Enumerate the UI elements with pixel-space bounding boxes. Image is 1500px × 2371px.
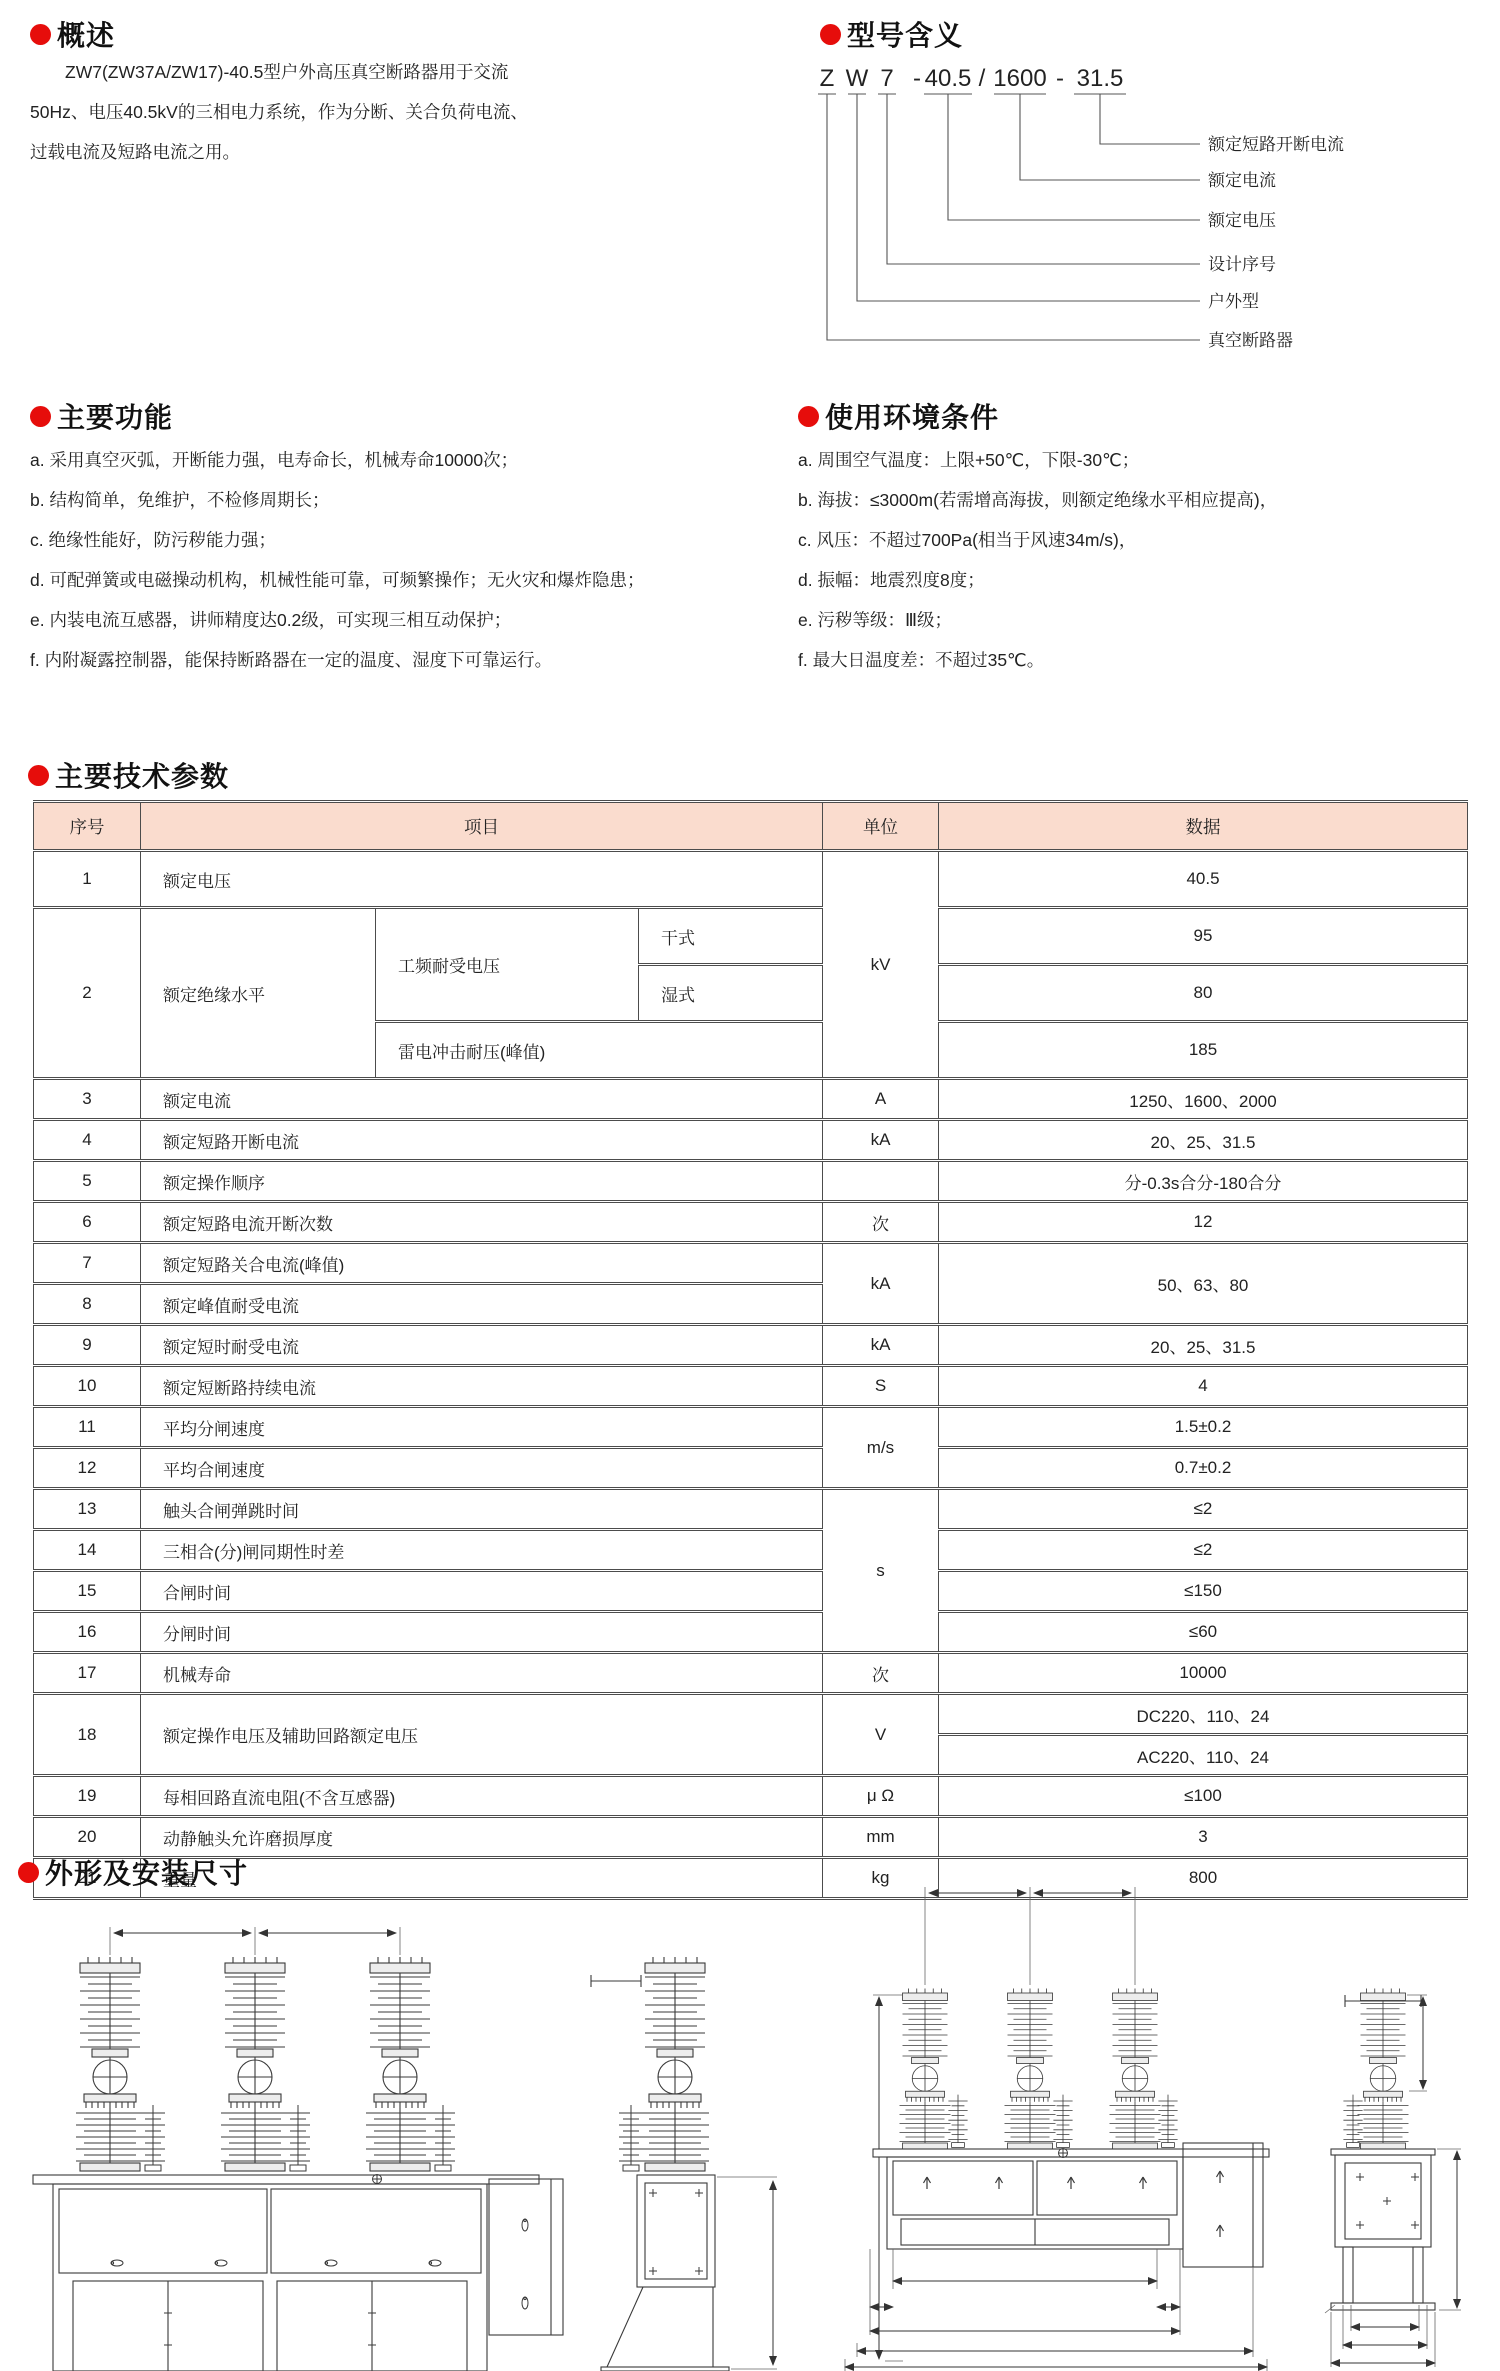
param-item: 额定短路关合电流(峰值) <box>141 1243 823 1284</box>
overview-heading: 概述 <box>30 14 115 54</box>
table-row: 4 额定短路开断电流 kA 20、25、31.5 <box>34 1120 1468 1161</box>
model-token: 31.5 <box>1077 65 1124 92</box>
param-no: 17 <box>34 1653 141 1694</box>
list-item: a. 采用真空灭弧，开断能力强，电寿命长，机械寿命10000次； <box>30 440 788 480</box>
param-unit: kA <box>823 1120 939 1161</box>
outline-drawing-right <box>815 1843 1500 2371</box>
outline-heading: 外形及安装尺寸 <box>18 1852 248 1892</box>
section-bullet-icon <box>798 406 819 427</box>
list-item: f. 内附凝露控制器，能保持断路器在一定的温度、湿度下可靠运行。 <box>30 640 788 680</box>
param-unit: kA <box>823 1243 939 1325</box>
param-item: 额定短断路持续电流 <box>141 1366 823 1407</box>
section-bullet-icon <box>820 24 841 45</box>
param-value: 80 <box>939 965 1468 1022</box>
parameters-title: 主要技术参数 <box>55 755 229 795</box>
table-row: 11 平均分闸速度 m/s 1.5±0.2 <box>34 1407 1468 1448</box>
param-item: 合闸时间 <box>141 1571 823 1612</box>
param-value: 分-0.3s合分-180合分 <box>939 1161 1468 1202</box>
list-item: c. 绝缘性能好，防污秽能力强； <box>30 520 788 560</box>
col-header-no: 序号 <box>34 802 141 851</box>
param-subitem: 工频耐受电压 <box>376 908 639 1022</box>
param-no: 1 <box>34 851 141 908</box>
breaker-pole <box>1005 1989 1056 2150</box>
model-heading: 型号含义 <box>820 14 963 54</box>
param-value: 0.7±0.2 <box>939 1448 1468 1489</box>
model-label: 额定短路开断电流 <box>1208 135 1344 154</box>
functions-title: 主要功能 <box>57 396 173 436</box>
param-no: 4 <box>34 1120 141 1161</box>
model-label: 真空断路器 <box>1208 331 1293 350</box>
table-row: 19 每相回路直流电阻(不含互感器) μ Ω ≤100 <box>34 1776 1468 1817</box>
param-value: ≤60 <box>939 1612 1468 1653</box>
overview-body: ZW7(ZW37A/ZW17)-40.5型户外高压真空断路器用于交流50Hz、电… <box>30 52 528 172</box>
param-unit: 次 <box>823 1202 939 1243</box>
param-item: 平均分闸速度 <box>141 1407 823 1448</box>
breaker-side-view <box>591 1957 729 2371</box>
table-row: 13 触头合闸弹跳时间 s ≤2 <box>34 1489 1468 1530</box>
mechanism-cabinet <box>33 2175 563 2371</box>
param-unit: μ Ω <box>823 1776 939 1817</box>
param-item: 触头合闸弹跳时间 <box>141 1489 823 1530</box>
model-token: - <box>913 65 921 92</box>
environment-list: a. 周围空气温度：上限+50℃，下限-30℃； b. 海拔：≤3000m(若需… <box>798 440 1498 680</box>
breaker-side-view <box>1331 1989 1435 2311</box>
table-row: 6 额定短路电流开断次数 次 12 <box>34 1202 1468 1243</box>
param-item: 机械寿命 <box>141 1653 823 1694</box>
list-item: b. 海拔：≤3000m(若需增高海拔，则额定绝缘水平相应提高)， <box>798 480 1498 520</box>
support-insulator <box>948 2095 1177 2148</box>
param-value: AC220、110、24 <box>939 1735 1468 1776</box>
param-unit: kA <box>823 1325 939 1366</box>
param-subitem: 雷电冲击耐压(峰值) <box>376 1022 823 1079</box>
table-row: 10 额定短断路持续电流 S 4 <box>34 1366 1468 1407</box>
breaker-pole <box>900 1989 951 2150</box>
section-bullet-icon <box>30 24 51 45</box>
functions-list: a. 采用真空灭弧，开断能力强，电寿命长，机械寿命10000次； b. 结构简单… <box>30 440 788 680</box>
param-item: 额定短时耐受电流 <box>141 1325 823 1366</box>
model-label: 额定电流 <box>1208 171 1276 190</box>
model-token: W <box>846 65 869 92</box>
param-item: 额定峰值耐受电流 <box>141 1284 823 1325</box>
param-no: 12 <box>34 1448 141 1489</box>
list-item: a. 周围空气温度：上限+50℃，下限-30℃； <box>798 440 1498 480</box>
breaker-pole <box>1110 1989 1161 2150</box>
param-unit: m/s <box>823 1407 939 1489</box>
param-unit: s <box>823 1489 939 1653</box>
table-row: 7 额定短路关合电流(峰值) kA 50、63、80 <box>34 1243 1468 1284</box>
param-no: 10 <box>34 1366 141 1407</box>
model-connector-lines <box>818 94 1200 340</box>
param-item: 额定电压 <box>141 851 823 908</box>
param-item: 额定短路电流开断次数 <box>141 1202 823 1243</box>
param-item: 三相合(分)闸同期性时差 <box>141 1530 823 1571</box>
environment-title: 使用环境条件 <box>825 396 999 436</box>
param-no: 6 <box>34 1202 141 1243</box>
breaker-pole <box>366 1957 434 2171</box>
param-value: 12 <box>939 1202 1468 1243</box>
param-value: ≤2 <box>939 1489 1468 1530</box>
parameters-heading: 主要技术参数 <box>28 755 229 795</box>
param-no: 19 <box>34 1776 141 1817</box>
param-no: 9 <box>34 1325 141 1366</box>
datasheet-page: 概述 ZW7(ZW37A/ZW17)-40.5型户外高压真空断路器用于交流50H… <box>0 0 1500 2371</box>
functions-heading: 主要功能 <box>30 396 173 436</box>
param-unit: 次 <box>823 1653 939 1694</box>
model-designation-diagram: Z W 7 - 40.5 / 1600 - 31.5 额定短路开断电流 额定电流… <box>810 52 1500 367</box>
table-row: 15 合闸时间 ≤150 <box>34 1571 1468 1612</box>
param-value: 20、25、31.5 <box>939 1120 1468 1161</box>
table-row: 5 额定操作顺序 分-0.3s合分-180合分 <box>34 1161 1468 1202</box>
table-row: 18 额定操作电压及辅助回路额定电压 V DC220、110、24 <box>34 1694 1468 1735</box>
table-row: 12 平均合闸速度 0.7±0.2 <box>34 1448 1468 1489</box>
param-value: 1250、1600、2000 <box>939 1079 1468 1120</box>
breaker-pole <box>76 1957 144 2171</box>
model-label: 设计序号 <box>1208 255 1276 274</box>
section-bullet-icon <box>28 765 49 786</box>
table-row: 2 额定绝缘水平 工频耐受电压 干式 95 <box>34 908 1468 965</box>
col-header-item: 项目 <box>141 802 823 851</box>
param-item: 额定绝缘水平 <box>141 908 376 1079</box>
model-token: / <box>979 65 986 92</box>
model-token: 1600 <box>993 65 1046 92</box>
param-unit: kV <box>823 851 939 1079</box>
param-value: 10000 <box>939 1653 1468 1694</box>
param-unit: A <box>823 1079 939 1120</box>
param-value: ≤2 <box>939 1530 1468 1571</box>
breaker-pole <box>221 1957 289 2171</box>
param-item: 额定短路开断电流 <box>141 1120 823 1161</box>
param-value: 50、63、80 <box>939 1243 1468 1325</box>
overview-title: 概述 <box>57 14 115 54</box>
model-token: 40.5 <box>925 65 972 92</box>
param-no: 18 <box>34 1694 141 1776</box>
param-value: 4 <box>939 1366 1468 1407</box>
param-no: 14 <box>34 1530 141 1571</box>
param-item: 平均合闸速度 <box>141 1448 823 1489</box>
table-row: 16 分闸时间 ≤60 <box>34 1612 1468 1653</box>
param-item: 每相回路直流电阻(不含互感器) <box>141 1776 823 1817</box>
param-no: 11 <box>34 1407 141 1448</box>
outline-drawing-left <box>25 1893 790 2371</box>
list-item: b. 结构简单，免维护，不检修周期长； <box>30 480 788 520</box>
table-row: 1 额定电压 kV 40.5 <box>34 851 1468 908</box>
table-row: 9 额定短时耐受电流 kA 20、25、31.5 <box>34 1325 1468 1366</box>
table-row: 17 机械寿命 次 10000 <box>34 1653 1468 1694</box>
param-no: 5 <box>34 1161 141 1202</box>
list-item: d. 可配弹簧或电磁操动机构，机械性能可靠，可频繁操作；无火灾和爆炸隐患； <box>30 560 788 600</box>
model-token: - <box>1056 65 1064 92</box>
param-value: 95 <box>939 908 1468 965</box>
param-no: 15 <box>34 1571 141 1612</box>
col-header-unit: 单位 <box>823 802 939 851</box>
param-type: 干式 <box>639 908 823 965</box>
param-value: ≤100 <box>939 1776 1468 1817</box>
param-value: 1.5±0.2 <box>939 1407 1468 1448</box>
list-item: e. 污秽等级：Ⅲ级； <box>798 600 1498 640</box>
param-no: 3 <box>34 1079 141 1120</box>
list-item: f. 最大日温度差：不超过35℃。 <box>798 640 1498 680</box>
param-value: 40.5 <box>939 851 1468 908</box>
model-tokens: Z W 7 - 40.5 / 1600 - 31.5 <box>820 65 1124 92</box>
parameters-table: 序号 项目 单位 数据 1 额定电压 kV 40.5 2 额定绝缘水平 工频耐受… <box>33 800 1468 1900</box>
list-item: d. 振幅：地震烈度8度； <box>798 560 1498 600</box>
model-labels: 额定短路开断电流 额定电流 额定电压 设计序号 户外型 真空断路器 <box>1208 135 1344 350</box>
col-header-data: 数据 <box>939 802 1468 851</box>
param-item: 额定操作电压及辅助回路额定电压 <box>141 1694 823 1776</box>
table-row: 3 额定电流 A 1250、1600、2000 <box>34 1079 1468 1120</box>
param-no: 2 <box>34 908 141 1079</box>
param-unit <box>823 1161 939 1202</box>
param-no: 8 <box>34 1284 141 1325</box>
overview-section: 概述 <box>30 14 115 54</box>
param-item: 额定操作顺序 <box>141 1161 823 1202</box>
param-value: DC220、110、24 <box>939 1694 1468 1735</box>
param-no: 7 <box>34 1243 141 1284</box>
list-item: e. 内装电流互感器，讲师精度达0.2级，可实现三相互动保护； <box>30 600 788 640</box>
table-header-row: 序号 项目 单位 数据 <box>34 802 1468 851</box>
param-type: 湿式 <box>639 965 823 1022</box>
model-token: Z <box>820 65 835 92</box>
model-label: 户外型 <box>1208 292 1259 311</box>
param-value: 20、25、31.5 <box>939 1325 1468 1366</box>
list-item: c. 风压：不超过700Pa(相当于风速34m/s)， <box>798 520 1498 560</box>
outline-title: 外形及安装尺寸 <box>45 1852 248 1892</box>
param-unit: S <box>823 1366 939 1407</box>
section-bullet-icon <box>30 406 51 427</box>
param-value: ≤150 <box>939 1571 1468 1612</box>
param-no: 16 <box>34 1612 141 1653</box>
section-bullet-icon <box>18 1862 39 1883</box>
table-row: 14 三相合(分)闸同期性时差 ≤2 <box>34 1530 1468 1571</box>
mechanism-cabinet <box>873 2143 1269 2267</box>
environment-heading: 使用环境条件 <box>798 396 999 436</box>
model-label: 额定电压 <box>1208 211 1276 230</box>
model-token: 7 <box>880 65 893 92</box>
param-item: 分闸时间 <box>141 1612 823 1653</box>
param-value: 185 <box>939 1022 1468 1079</box>
param-item: 额定电流 <box>141 1079 823 1120</box>
param-no: 13 <box>34 1489 141 1530</box>
model-title: 型号含义 <box>847 14 963 54</box>
param-unit: V <box>823 1694 939 1776</box>
